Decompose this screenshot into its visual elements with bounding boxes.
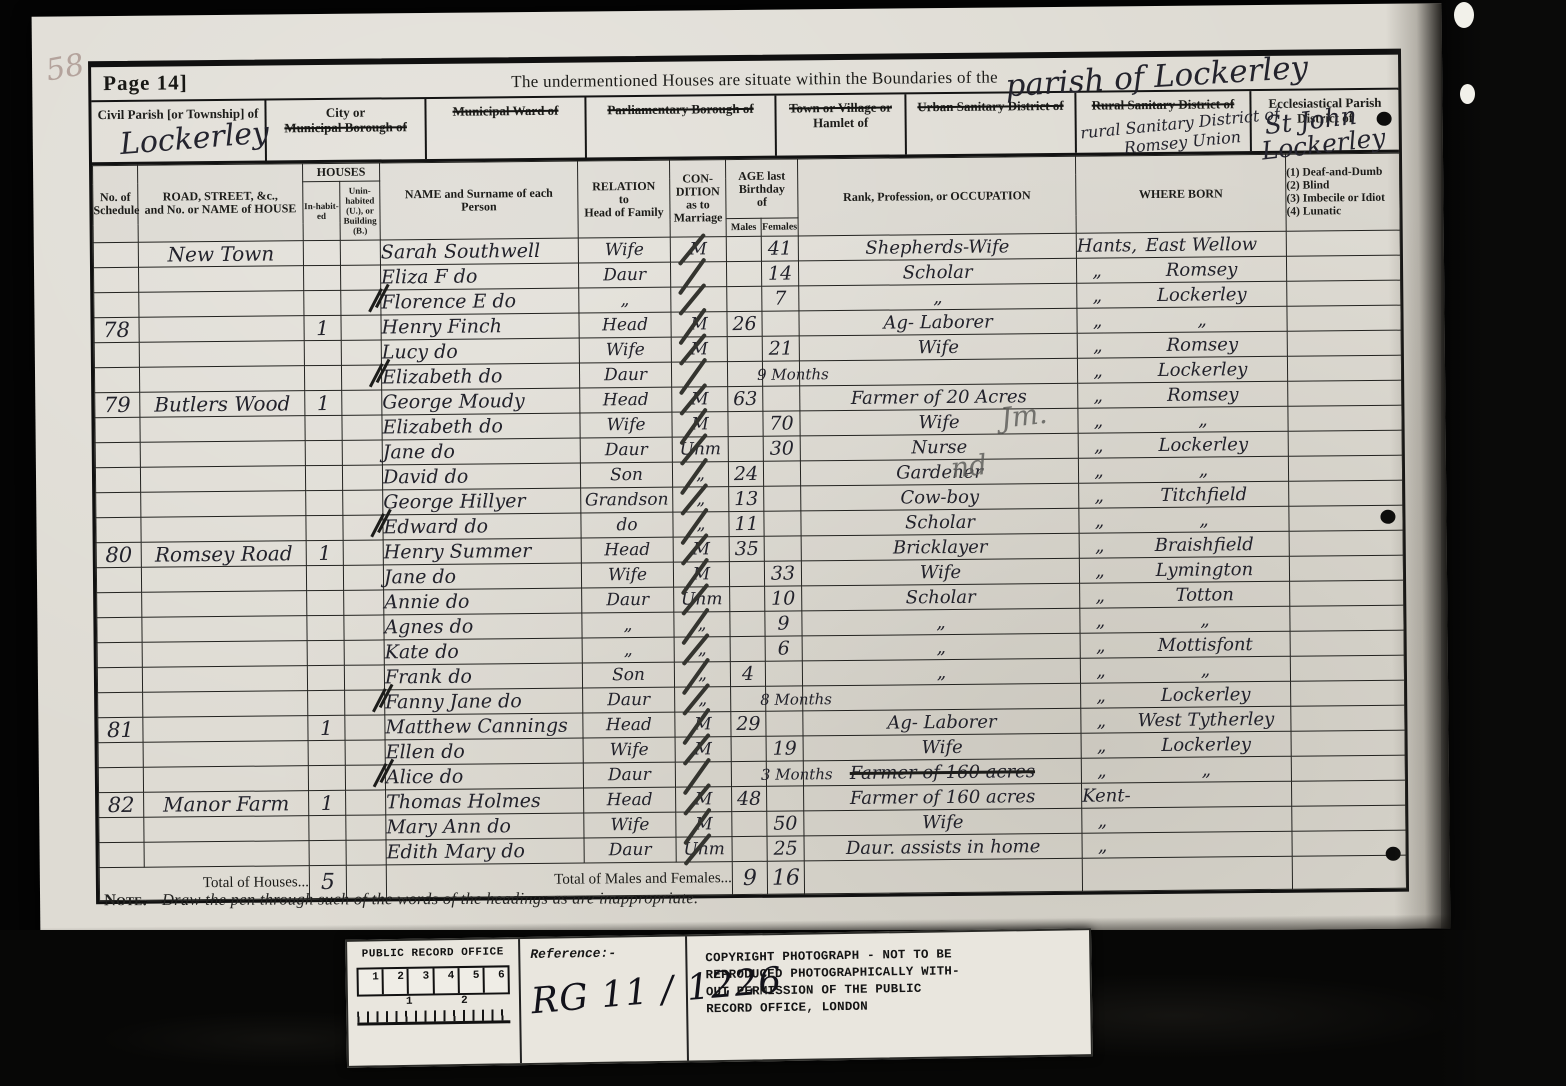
- pencil-annotation: Jm.: [999, 397, 1049, 435]
- cell-where-born: „Braishfield: [1079, 531, 1289, 558]
- born-place: Totton: [1120, 583, 1289, 606]
- col-header-road-line2: and No. or NAME of HOUSE: [138, 202, 302, 217]
- cell-person-name: David do: [382, 463, 580, 490]
- cell-relation: Daur: [583, 687, 675, 713]
- where-born-entry: „Lymington: [1080, 558, 1289, 581]
- where-born-entry: „Totton: [1080, 583, 1289, 606]
- cell-houses-inhabited: [305, 465, 342, 490]
- occupation-text: Wife: [918, 411, 959, 432]
- col-header-where-born: WHERE BORN: [1075, 154, 1286, 233]
- cell-person-name: Thomas Holmes: [386, 788, 584, 815]
- occupation-text: Shepherds-Wife: [865, 236, 1009, 258]
- occupation-text: Ag- Laborer: [887, 711, 996, 733]
- district-handwritten-entry: rural Sanitary District ofRomsey Union: [1079, 104, 1282, 161]
- cell-where-born: „Lockerley: [1078, 431, 1288, 458]
- district-cell: Rural Sanitary District ofrural Sanitary…: [1076, 91, 1252, 153]
- cell-road-name: [142, 641, 307, 668]
- infirmity-option-4: (4) Lunatic: [1286, 205, 1399, 219]
- occupation-text: Scholar: [906, 586, 976, 608]
- cell-houses-inhabited: 1: [305, 390, 342, 415]
- cell-houses-uninhabited: [342, 415, 382, 440]
- cell-occupation: Ag- Laborer: [799, 308, 1077, 336]
- census-entries: New TownSarah SouthwellWifeM41Shepherds-…: [93, 230, 1406, 868]
- cell-houses-inhabited: 1: [308, 715, 345, 740]
- cell-where-born: „„: [1078, 456, 1288, 483]
- born-county: „: [1078, 410, 1118, 431]
- cell-houses-inhabited: [305, 440, 342, 465]
- born-county: „: [1079, 485, 1119, 506]
- cell-occupation: Scholar: [801, 508, 1079, 536]
- cell-age-male: [732, 836, 767, 861]
- cell-infirmity: [1290, 580, 1404, 606]
- ruler-number: 2: [384, 969, 410, 994]
- age-value: 30: [770, 437, 794, 459]
- cell-houses-inhabited: [308, 690, 345, 715]
- col-header-condition: CON- DITION as to Marriage: [669, 160, 726, 238]
- cell-houses-uninhabited: [345, 715, 385, 740]
- cell-schedule-number: [99, 842, 144, 867]
- cell-age-female: [767, 786, 804, 811]
- cell-relation: „: [579, 287, 671, 313]
- cell-schedule-number: [94, 267, 139, 292]
- cell-person-name: Edith Mary do: [386, 838, 584, 865]
- where-born-entry: „Lockerley: [1079, 433, 1288, 456]
- cell-relation: Daur: [583, 762, 675, 788]
- cell-road-name: [143, 741, 308, 768]
- cell-schedule-number: [96, 517, 141, 542]
- col-header-uninhabited: Unin-habited (U.), or Building (B.): [340, 181, 381, 240]
- born-county: „: [1081, 660, 1121, 681]
- stamp-copyright-section: COPYRIGHT PHOTOGRAPH - NOT TO BE REPRODU…: [687, 930, 1091, 1060]
- cell-person-name: Elizabeth do: [382, 413, 580, 440]
- cell-occupation: [799, 358, 1077, 386]
- born-place: Romsey: [1117, 258, 1286, 281]
- cell-occupation: „: [802, 608, 1080, 636]
- col-header-occupation: Rank, Profession, or OCCUPATION: [798, 156, 1077, 236]
- cell-person-name: Fanny Jane do: [385, 688, 583, 715]
- born-county: „: [1080, 535, 1120, 556]
- cell-condition: M: [671, 337, 727, 363]
- stamp-ruler-section: PUBLIC RECORD OFFICE 123456 1 2: [347, 939, 522, 1066]
- cell-infirmity: [1291, 755, 1405, 781]
- cell-occupation: Farmer of 160 acres: [804, 783, 1082, 811]
- cell-road-name: [139, 366, 304, 393]
- occupation-text: Farmer of 160 acres: [850, 786, 1035, 809]
- cell-road-name: [144, 816, 309, 843]
- cell-road-name: [141, 516, 306, 543]
- cell-age-male: [727, 286, 762, 311]
- cell-infirmity: [1289, 555, 1403, 581]
- born-county: „: [1081, 635, 1121, 656]
- ruler-number: 6: [484, 967, 508, 992]
- where-born-entry: „Lockerley: [1078, 358, 1287, 381]
- cell-age-female: 41: [761, 236, 798, 261]
- born-county: „: [1080, 610, 1120, 631]
- cell-person-name: Annie do: [384, 588, 582, 615]
- cell-condition: M: [675, 712, 731, 738]
- cell-relation: Wife: [580, 412, 672, 438]
- cell-relation: Daur: [579, 362, 671, 388]
- cell-infirmity: [1289, 480, 1403, 506]
- ruler-lower-number-1: 1: [406, 996, 413, 1008]
- cell-houses-uninhabited: [345, 740, 385, 765]
- cell-person-name: George Moudy: [382, 388, 580, 415]
- pencil-annotation: nd: [949, 448, 988, 485]
- cell-person-name: Matthew Cannings: [385, 713, 583, 740]
- footnote-text: —Draw the pen through such of the words …: [147, 888, 698, 909]
- cell-where-born: Kent-: [1082, 781, 1292, 808]
- cell-houses-uninhabited: [343, 515, 383, 540]
- cell-where-born: „Titchfield: [1079, 481, 1289, 508]
- where-born-entry: „: [1082, 808, 1291, 831]
- district-cell: Urban Sanitary District of: [906, 93, 1077, 155]
- cell-schedule-number: [97, 667, 142, 692]
- cell-schedule-number: [99, 817, 144, 842]
- col-header-inhabited: In-habit-ed: [303, 181, 341, 240]
- where-born-entry: „Romsey: [1077, 258, 1286, 281]
- cell-houses-uninhabited: [341, 365, 381, 390]
- occupation-text: Scholar: [905, 511, 975, 533]
- form-footnote: Note.—Draw the pen through such of the w…: [104, 886, 1384, 910]
- district-label-struck: Town or Village or: [776, 99, 904, 115]
- occupation-text: Scholar: [903, 261, 973, 283]
- cell-occupation: „: [802, 658, 1080, 686]
- ruler-lower-number-2: 2: [461, 995, 468, 1007]
- born-place: Lockerley: [1118, 358, 1287, 381]
- infirmity-option-2: (2) Blind: [1286, 179, 1399, 193]
- cell-condition: M: [672, 387, 728, 413]
- cell-relation: Daur: [582, 587, 674, 613]
- cell-infirmity: [1289, 530, 1403, 556]
- cell-schedule-number: [97, 617, 142, 642]
- occupation-text: „: [936, 612, 946, 633]
- photo-speck: [1460, 84, 1475, 104]
- born-county: „: [1080, 585, 1120, 606]
- cell-road-name: [144, 841, 309, 868]
- cell-road-name: [142, 666, 307, 693]
- cell-age-female: 33: [764, 561, 801, 586]
- cell-occupation: Ag- Laborer: [803, 708, 1081, 736]
- age-value: 50: [773, 812, 797, 834]
- census-form: Page 14] The undermentioned Houses are s…: [88, 49, 1409, 905]
- where-born-entry: „„: [1077, 308, 1286, 331]
- where-born-entry: „„: [1078, 408, 1287, 431]
- cell-person-name: Sarah Southwell: [380, 238, 578, 265]
- cell-relation: Wife: [583, 737, 675, 763]
- occupation-text: „: [937, 662, 947, 683]
- age-value: 21: [769, 337, 793, 359]
- census-page-sheet: 58 Page 14] The undermentioned Houses ar…: [32, 3, 1451, 941]
- cell-houses-inhabited: 1: [304, 315, 341, 340]
- cell-occupation: Wife: [801, 558, 1079, 586]
- cell-age-male: [728, 411, 763, 436]
- col-header-road: ROAD, STREET, &c., and No. or NAME of HO…: [138, 164, 304, 243]
- cell-age-female: [763, 386, 800, 411]
- cell-houses-inhabited: [307, 615, 344, 640]
- cell-where-born: „Lockerley: [1077, 281, 1287, 308]
- ruler-number: 3: [409, 968, 435, 993]
- where-born-entry: „Lockerley: [1077, 283, 1286, 306]
- cell-condition: M: [671, 312, 727, 338]
- district-cell: Parliamentary Borough of: [586, 96, 777, 158]
- cell-houses-uninhabited: [341, 340, 381, 365]
- cell-where-born: „: [1082, 806, 1292, 833]
- age-value: 7: [774, 288, 786, 310]
- cell-infirmity: [1290, 655, 1404, 681]
- cell-relation: Grandson: [581, 487, 673, 513]
- cell-houses-uninhabited: [342, 440, 382, 465]
- cell-schedule-number: 81: [98, 717, 143, 742]
- cell-age-male: [732, 811, 767, 836]
- cell-age-female: 10: [765, 586, 802, 611]
- cell-road-name: [141, 491, 306, 518]
- col-header-age-line2: Birthday: [726, 182, 797, 196]
- cell-schedule-number: [94, 292, 139, 317]
- cell-relation: Wife: [581, 562, 673, 588]
- cell-where-born: „„: [1078, 406, 1288, 433]
- col-header-males: Males: [726, 218, 761, 236]
- cell-where-born: „Lockerley: [1077, 356, 1287, 383]
- col-header-relation: RELATION to Head of Family: [578, 160, 671, 238]
- cell-where-born: „„: [1077, 306, 1287, 333]
- cell-condition: „: [674, 612, 730, 638]
- where-born-entry: „West Tytherley: [1081, 708, 1290, 731]
- public-record-office-stamp: PUBLIC RECORD OFFICE 123456 1 2 Referenc…: [345, 928, 1093, 1068]
- cell-infirmity: [1292, 780, 1406, 806]
- cell-person-name: Frank do: [384, 663, 582, 690]
- cell-infirmity: [1288, 380, 1402, 406]
- ruler-ticks: 1 2: [357, 994, 510, 1025]
- cell-houses-uninhabited: [341, 315, 381, 340]
- cell-where-born: „„: [1080, 656, 1290, 683]
- cell-condition: „: [672, 462, 728, 488]
- cell-age-male: 35: [729, 536, 764, 561]
- census-table: No. of Schedule ROAD, STREET, &c., and N…: [92, 153, 1407, 902]
- cell-houses-inhabited: [306, 565, 343, 590]
- where-born-entry: „„: [1079, 508, 1288, 531]
- ruler-number: 1: [359, 969, 385, 994]
- col-header-relation-line3: Head of Family: [578, 205, 669, 219]
- born-place: Lymington: [1120, 558, 1289, 581]
- cell-person-name: Lucy do: [381, 338, 579, 365]
- cell-houses-inhabited: [308, 765, 345, 790]
- cell-condition: M: [676, 812, 732, 838]
- cell-person-name: Ellen do: [385, 738, 583, 765]
- cell-age-male: [730, 611, 765, 636]
- col-header-females: Females: [761, 218, 798, 236]
- cell-person-name: George Hillyer: [383, 488, 581, 515]
- cell-houses-inhabited: [304, 365, 341, 390]
- infirmity-option-3: (3) Imbecile or Idiot: [1286, 192, 1399, 206]
- cell-houses-uninhabited: [344, 665, 384, 690]
- cell-age-female: 6: [765, 636, 802, 661]
- cell-age-male: 24: [728, 461, 763, 486]
- form-title-printed: The undermentioned Houses are situate wi…: [511, 68, 998, 93]
- cell-person-name: Florence E do: [381, 288, 579, 315]
- cell-person-name: Henry Summer: [383, 538, 581, 565]
- cell-road-name: [139, 291, 304, 318]
- where-born-entry: „„: [1081, 658, 1290, 681]
- cell-schedule-number: [96, 492, 141, 517]
- cell-infirmity: [1292, 805, 1406, 831]
- cell-condition: M: [673, 562, 729, 588]
- ruler-number: 4: [434, 968, 460, 993]
- cell-occupation: Cow-boy: [801, 483, 1079, 511]
- cell-road-name: Butlers Wood: [140, 391, 305, 418]
- cell-relation: Son: [582, 662, 674, 688]
- cell-relation: Son: [580, 462, 672, 488]
- cell-age-female: 8 Months: [766, 686, 803, 711]
- cell-occupation: Nurse: [800, 433, 1078, 461]
- cell-where-born: „„: [1081, 756, 1291, 783]
- ruler-scale: 123456: [356, 965, 509, 996]
- cell-occupation: Wife: [804, 808, 1082, 836]
- col-header-relation-line1: RELATION: [578, 179, 669, 193]
- cell-age-male: 48: [732, 786, 767, 811]
- cell-where-born: „Romsey: [1076, 256, 1286, 283]
- born-place: „: [1117, 308, 1286, 331]
- cell-infirmity: [1288, 405, 1402, 431]
- cell-where-born: „West Tytherley: [1081, 706, 1291, 733]
- page-number-label: Page 14]: [103, 70, 188, 96]
- cell-relation: Daur: [580, 437, 672, 463]
- cell-condition: Unm: [672, 437, 728, 463]
- cell-relation: Wife: [584, 812, 676, 838]
- cell-houses-inhabited: [307, 665, 344, 690]
- born-county: Kent-: [1082, 785, 1122, 806]
- cell-age-female: 3 Months: [766, 761, 803, 786]
- cell-age-male: 63: [728, 386, 763, 411]
- where-born-entry: Kent-: [1082, 783, 1291, 806]
- cell-condition: [670, 262, 726, 288]
- cell-relation: Head: [580, 387, 672, 413]
- cell-infirmity: [1291, 680, 1405, 706]
- where-born-entry: „Lockerley: [1081, 683, 1290, 706]
- cell-age-male: [727, 336, 762, 361]
- born-place: Mottisfont: [1121, 633, 1290, 656]
- cell-schedule-number: [98, 742, 143, 767]
- occupation-text: Ag- Laborer: [883, 311, 992, 333]
- cell-person-name: Kate do: [384, 638, 582, 665]
- born-county: „: [1077, 285, 1117, 306]
- born-place: „: [1120, 608, 1289, 631]
- district-handwritten-entry: St JohnLockerley: [1263, 100, 1386, 163]
- cell-houses-uninhabited: [342, 390, 382, 415]
- cell-infirmity: [1288, 430, 1402, 456]
- cell-road-name: [140, 416, 305, 443]
- photo-speck: [1454, 2, 1474, 28]
- cell-condition: M: [673, 537, 729, 563]
- cell-relation: Head: [579, 312, 671, 338]
- cell-where-born: „„: [1079, 506, 1289, 533]
- cell-houses-inhabited: [306, 490, 343, 515]
- district-handwritten-entry: Lockerley: [119, 115, 271, 162]
- born-county: „: [1081, 685, 1121, 706]
- cell-schedule-number: [98, 692, 143, 717]
- cell-age-female: [764, 536, 801, 561]
- cell-road-name: [142, 616, 307, 643]
- cell-age-male: 26: [727, 311, 762, 336]
- cell-schedule-number: [94, 342, 139, 367]
- cell-where-born: „Romsey: [1078, 381, 1288, 408]
- cell-relation: do: [581, 512, 673, 538]
- born-county: „: [1081, 710, 1121, 731]
- cell-houses-inhabited: [303, 240, 340, 265]
- cell-age-male: [726, 261, 761, 286]
- cell-age-male: 11: [729, 511, 764, 536]
- born-county: „: [1078, 335, 1118, 356]
- cell-age-female: 19: [766, 736, 803, 761]
- born-place: „: [1121, 658, 1290, 681]
- infirmity-option-1: (1) Deaf-and-Dumb: [1286, 166, 1399, 180]
- cell-age-male: [729, 561, 764, 586]
- cell-condition: Unm: [676, 837, 732, 863]
- cell-condition: „: [673, 487, 729, 513]
- scanned-census-page: { "colors": { "paper": "#dedbd3", "print…: [0, 0, 1566, 1086]
- col-header-name-line2: Person: [380, 200, 577, 215]
- cell-houses-inhabited: [309, 815, 346, 840]
- where-born-entry: „: [1083, 833, 1292, 856]
- cell-road-name: [143, 716, 308, 743]
- cell-person-name: Henry Finch: [381, 313, 579, 340]
- occupation-text: Daur. assists in home: [846, 836, 1041, 859]
- cell-infirmity: [1287, 305, 1401, 331]
- cell-houses-inhabited: 1: [306, 540, 343, 565]
- cell-houses-uninhabited: [343, 565, 383, 590]
- cell-road-name: [139, 341, 304, 368]
- cell-houses-inhabited: [307, 590, 344, 615]
- district-cell: Municipal Ward of: [426, 97, 587, 159]
- age-value: 6: [778, 638, 790, 660]
- col-header-name: NAME and Surname of each Person: [380, 161, 579, 240]
- cell-condition: M: [675, 737, 731, 763]
- cell-where-born: „Romsey: [1077, 331, 1287, 358]
- cell-schedule-number: 80: [96, 542, 141, 567]
- district-cell: Civil Parish [or Township] ofLockerley: [91, 101, 267, 163]
- district-cell: Town or Village orHamlet of: [776, 94, 907, 155]
- cell-where-born: „: [1082, 831, 1292, 858]
- cell-road-name: [143, 691, 308, 718]
- cell-road-name: [142, 591, 307, 618]
- born-place: Lockerley: [1117, 283, 1286, 306]
- where-born-entry: „Titchfield: [1079, 483, 1288, 506]
- cell-infirmity: [1290, 605, 1404, 631]
- cell-infirmity: [1286, 255, 1400, 281]
- cell-infirmity: [1287, 355, 1401, 381]
- col-header-schedule: No. of Schedule: [93, 165, 139, 242]
- cell-houses-uninhabited: [341, 290, 381, 315]
- cell-relation: Head: [581, 537, 673, 563]
- cell-relation: „: [582, 612, 674, 638]
- col-header-schedule-line2: Schedule: [93, 204, 137, 217]
- cell-houses-uninhabited: [340, 265, 380, 290]
- cell-road-name: [139, 266, 304, 293]
- born-place: Lockerley: [1122, 733, 1291, 756]
- district-label: Hamlet of: [777, 114, 905, 130]
- cell-houses-uninhabited: [346, 815, 386, 840]
- cell-schedule-number: [95, 467, 140, 492]
- cell-age-female: [762, 311, 799, 336]
- footnote-label: Note.: [104, 890, 147, 909]
- cell-relation: Head: [583, 712, 675, 738]
- cell-road-name: Manor Farm: [144, 791, 309, 818]
- cell-schedule-number: 78: [94, 317, 139, 342]
- born-place: Romsey: [1118, 333, 1287, 356]
- cell-age-male: [730, 586, 765, 611]
- born-place: [1122, 794, 1291, 796]
- cell-schedule-number: 79: [95, 392, 140, 417]
- cell-occupation: WifeJm.: [800, 408, 1078, 436]
